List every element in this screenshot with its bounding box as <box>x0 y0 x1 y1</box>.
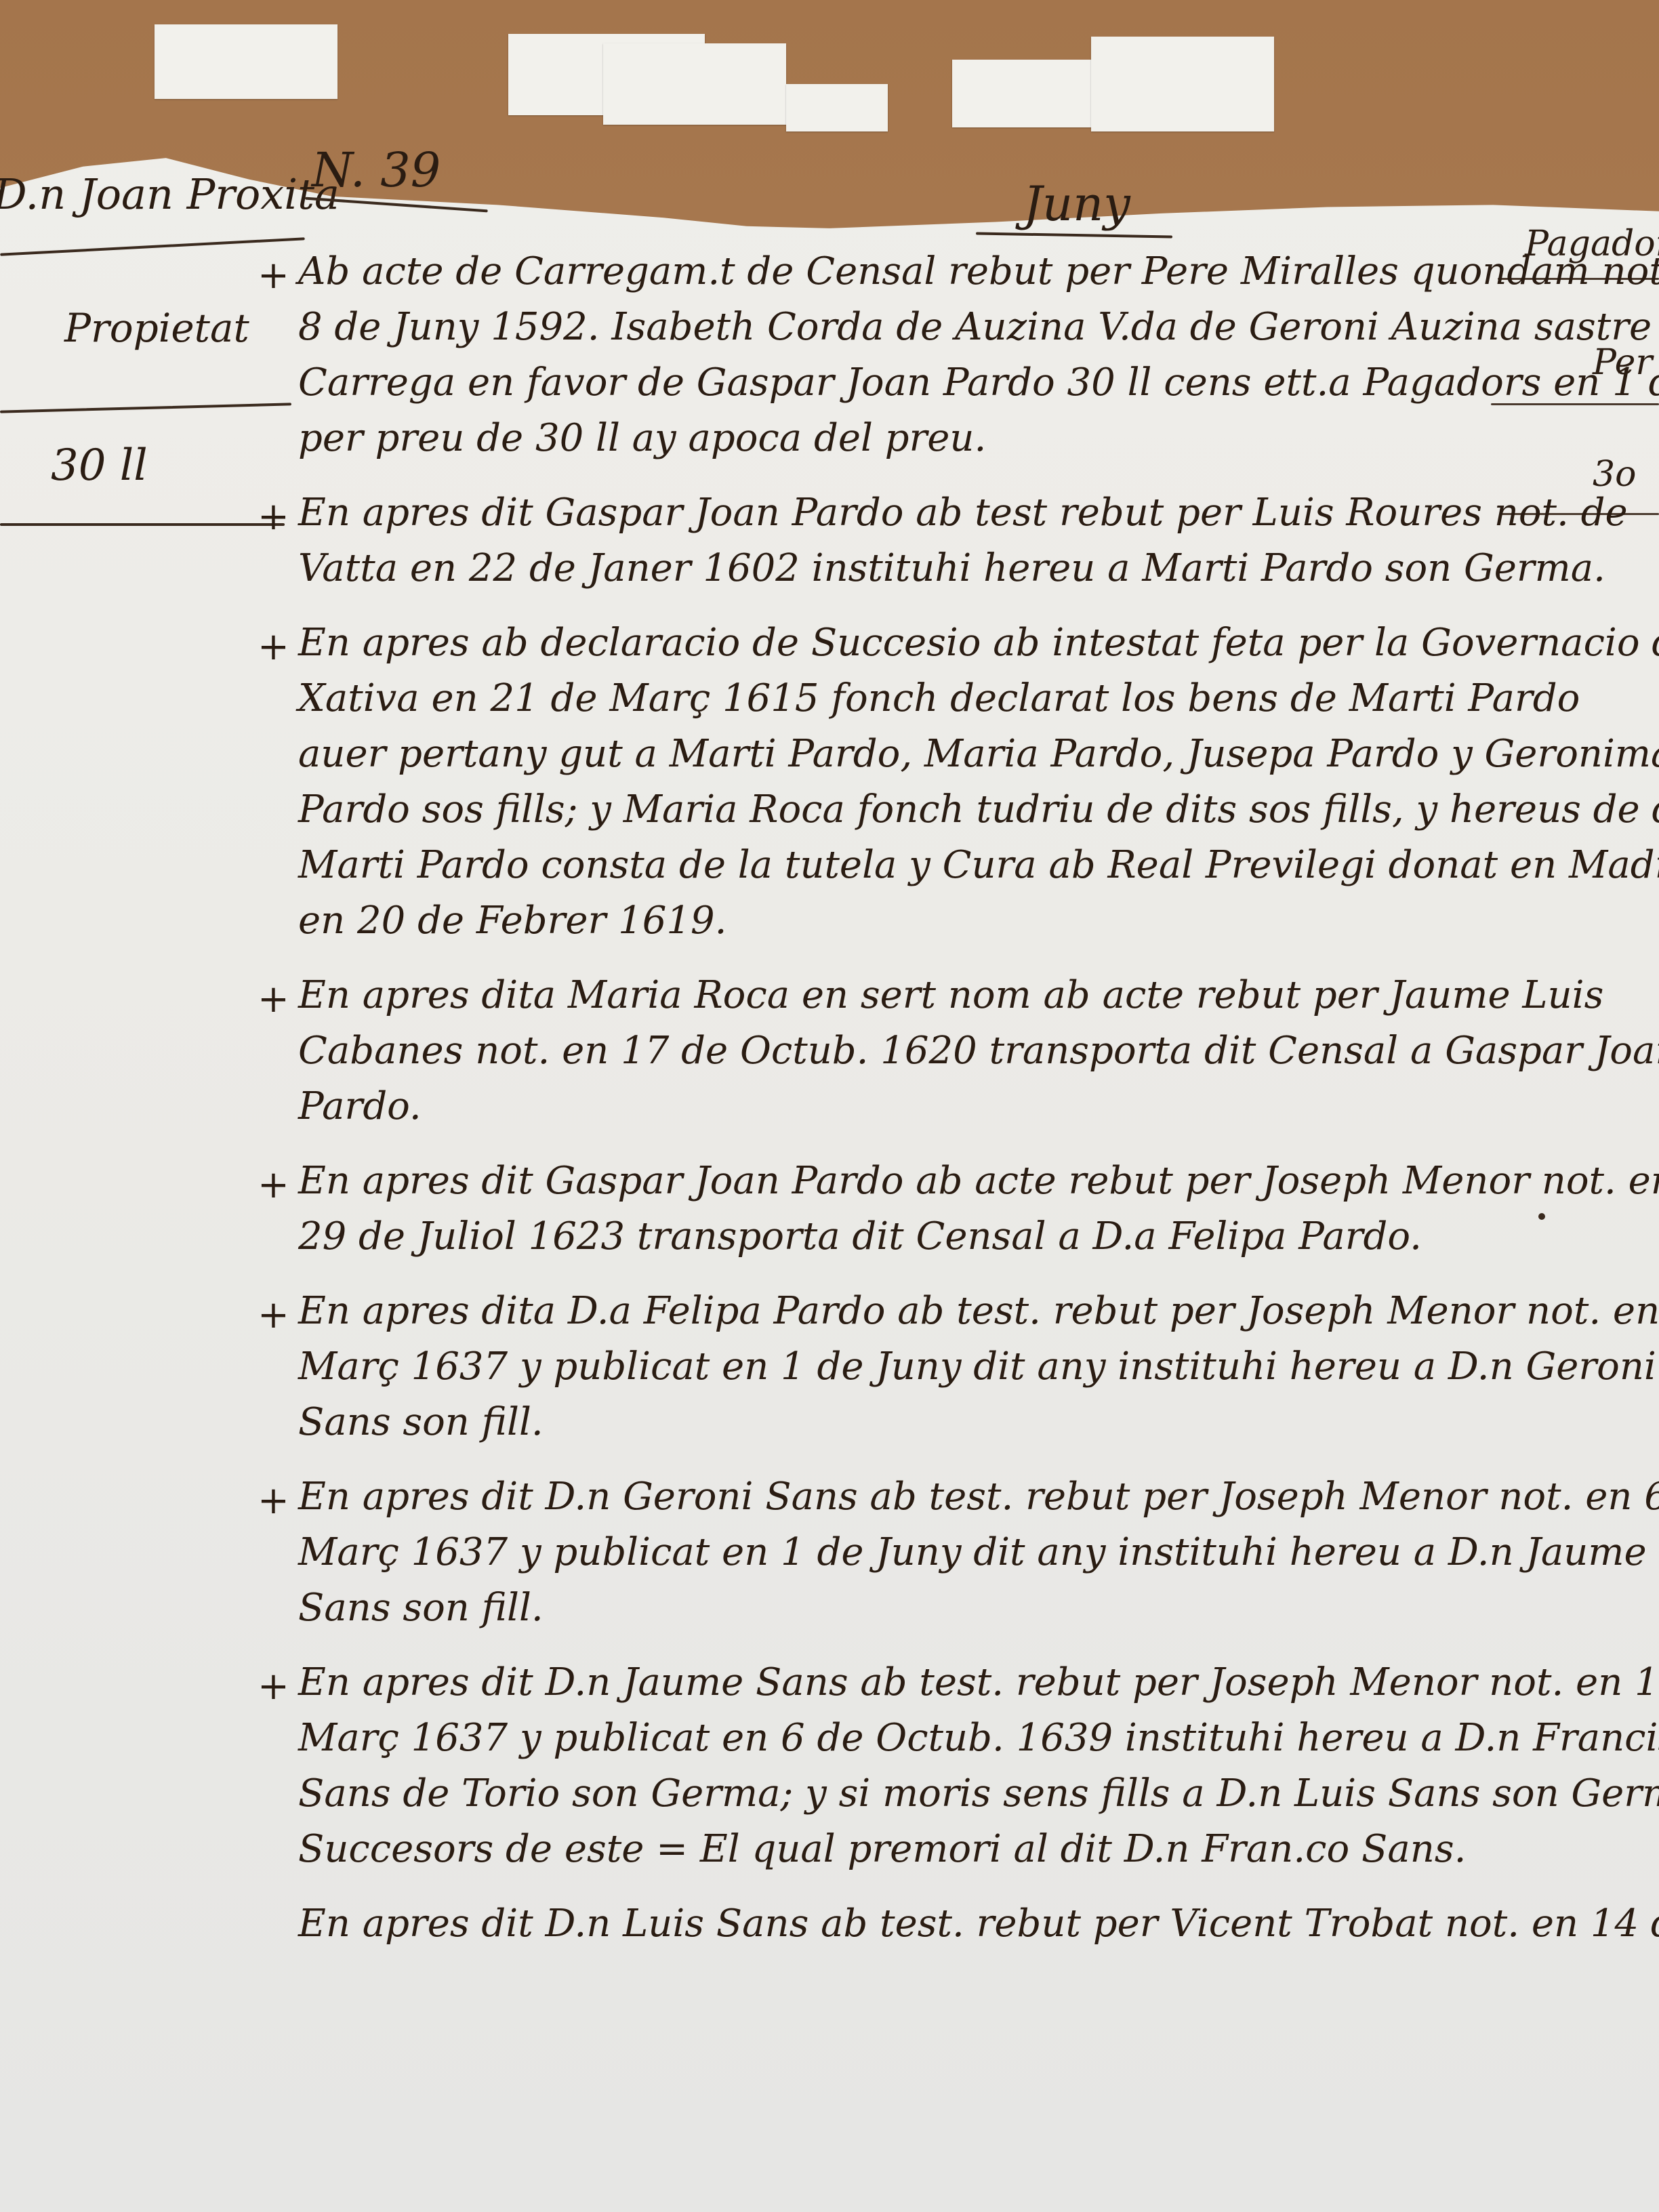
entry-line: auer pertany gut a Marti Pardo, Maria Pa… <box>258 726 1532 782</box>
ledger-entry: En apres dit D.n Luis Sans ab test. rebu… <box>258 1896 1532 1952</box>
header-number: N. 39 <box>312 142 441 198</box>
entry-cross-marker: + <box>258 1664 289 1708</box>
entry-line: 29 de Juliol 1623 transporta dit Censal … <box>258 1209 1532 1265</box>
entry-cross-marker: + <box>258 1293 289 1337</box>
ledger-entry: +En apres dit Gaspar Joan Pardo ab test … <box>258 485 1532 596</box>
entry-line: Succesors de este = El qual premori al d… <box>258 1822 1532 1877</box>
ledger-entry: +En apres dit Gaspar Joan Pardo ab acte … <box>258 1153 1532 1265</box>
entry-cross-marker: + <box>258 1163 289 1207</box>
entry-line: Març 1637 y publicat en 6 de Octub. 1639… <box>258 1711 1532 1766</box>
entry-line: en 20 de Febrer 1619. <box>258 893 1532 949</box>
paper-tab <box>786 84 888 131</box>
ledger-entry: +En apres dita Maria Roca en sert nom ab… <box>258 968 1532 1134</box>
entry-line: per preu de 30 ll ay apoca del preu. <box>258 411 1532 466</box>
entry-cross-marker: + <box>258 253 289 298</box>
paper-tab <box>1091 37 1274 131</box>
ink-dot <box>1538 1213 1545 1220</box>
entries-list: +Ab acte de Carregam.t de Censal rebut p… <box>258 244 1532 1971</box>
header-month: Juny <box>1023 176 1130 232</box>
entry-line: Sans de Torio son Germa; y si moris sens… <box>258 1766 1532 1822</box>
entry-line: Març 1637 y publicat en 1 de Juny dit an… <box>258 1339 1532 1395</box>
entry-line: En apres dita Maria Roca en sert nom ab … <box>258 968 1532 1023</box>
entry-line: En apres dit D.n Geroni Sans ab test. re… <box>258 1469 1532 1525</box>
entry-line: Pardo. <box>258 1079 1532 1134</box>
entry-cross-marker: + <box>258 495 289 539</box>
entry-line: Març 1637 y publicat en 1 de Juny dit an… <box>258 1525 1532 1580</box>
margin-amount: 30 ll <box>51 441 148 491</box>
paper-tab <box>952 60 1094 127</box>
entry-line: 8 de Juny 1592. Isabeth Corda de Auzina … <box>258 300 1532 355</box>
entry-line: Ab acte de Carregam.t de Censal rebut pe… <box>258 244 1532 300</box>
right-margin-amount: 3o <box>1593 454 1636 495</box>
entry-cross-marker: + <box>258 977 289 1021</box>
header-left-name: D.n Joan Proxita <box>0 169 340 219</box>
entry-line: Cabanes not. en 17 de Octub. 1620 transp… <box>258 1023 1532 1079</box>
entry-line: Marti Pardo consta de la tutela y Cura a… <box>258 838 1532 893</box>
ledger-entry: +En apres dita D.a Felipa Pardo ab test.… <box>258 1284 1532 1450</box>
ledger-entry: +En apres dit D.n Jaume Sans ab test. re… <box>258 1655 1532 1877</box>
margin-label-propietat: Propietat <box>64 305 249 351</box>
entry-line: Xativa en 21 de Març 1615 fonch declarat… <box>258 671 1532 726</box>
entry-line: En apres dit D.n Luis Sans ab test. rebu… <box>258 1896 1532 1952</box>
entry-line: En apres dit Gaspar Joan Pardo ab test r… <box>258 485 1532 541</box>
entry-line: En apres dit Gaspar Joan Pardo ab acte r… <box>258 1153 1532 1209</box>
entry-line: Carrega en favor de Gaspar Joan Pardo 30… <box>258 355 1532 411</box>
margin-rule <box>0 523 285 526</box>
entry-line: En apres ab declaracio de Succesio ab in… <box>258 615 1532 671</box>
paper-tab <box>155 24 337 99</box>
entry-line: En apres dita D.a Felipa Pardo ab test. … <box>258 1284 1532 1339</box>
entry-cross-marker: + <box>258 625 289 669</box>
ledger-entry: +Ab acte de Carregam.t de Censal rebut p… <box>258 244 1532 466</box>
entry-line: Sans son fill. <box>258 1395 1532 1450</box>
ledger-entry: +En apres dit D.n Geroni Sans ab test. r… <box>258 1469 1532 1636</box>
entry-cross-marker: + <box>258 1479 289 1523</box>
ledger-entry: +En apres ab declaracio de Succesio ab i… <box>258 615 1532 949</box>
entry-line: En apres dit D.n Jaume Sans ab test. reb… <box>258 1655 1532 1711</box>
paper-tab <box>603 43 786 125</box>
entry-line: Vatta en 22 de Janer 1602 instituhi here… <box>258 541 1532 596</box>
entry-line: Sans son fill. <box>258 1580 1532 1636</box>
entry-line: Pardo sos fills; y Maria Roca fonch tudr… <box>258 782 1532 838</box>
